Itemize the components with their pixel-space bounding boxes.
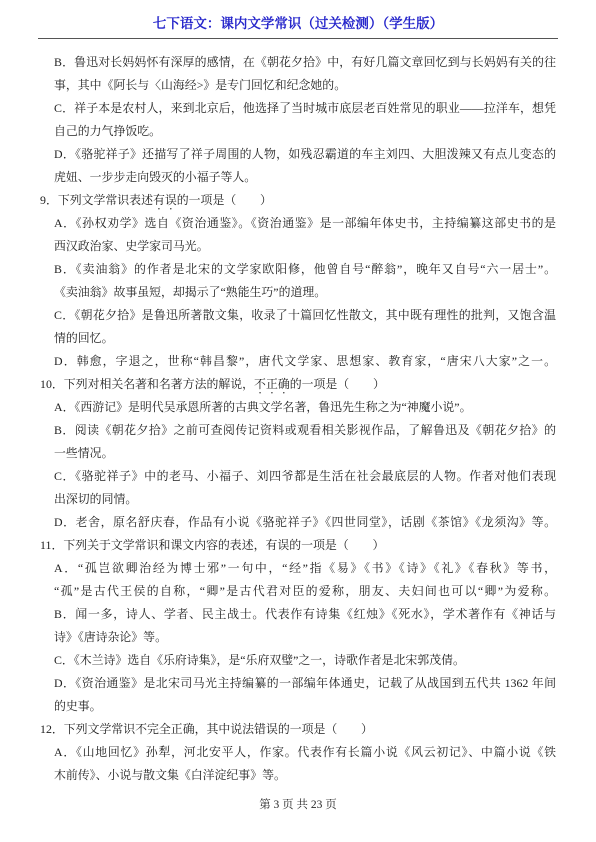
question-9-option-b-line-2: 《卖油翁》故事虽短，却揭示了“熟能生巧”的道理。 (40, 281, 556, 304)
question-10-stem: 10．下列对相关名著和名著方法的解说，不正确的一项是（ ） (40, 373, 556, 396)
question-9-stem-emphasis: 有误 (153, 193, 177, 207)
question-9-option-c-line-1: C．《朝花夕拾》是鲁迅所著散文集，收录了十篇回忆性散文，其中既有理性的批判，又饱… (40, 304, 556, 327)
question-11-option-d-line-2: 的史事。 (40, 695, 556, 718)
question-11-option-d-line-1: D．《资治通鉴》是北宋司马光主持编纂的一部编年体通史，记载了从战国到五代共 13… (40, 672, 556, 695)
carryover-option-d-line-2: 虎妞、一步步走向毁灭的小福子等人。 (40, 166, 556, 189)
question-11-option-b-line-1: B．闻一多，诗人、学者、民主战士。代表作有诗集《红烛》《死水》，学术著作有《神话… (40, 603, 556, 626)
carryover-option-b-line-2: 事，其中《阿长与〈山海经>》是专门回忆和纪念她的。 (40, 74, 556, 97)
question-10-stem-post: 的一项是（ ） (290, 377, 385, 391)
question-9-option-a-line-2: 西汉政治家、史学家司马光。 (40, 235, 556, 258)
question-11-option-c-line-1: C．《木兰诗》选自《乐府诗集》，是“乐府双璧”之一，诗歌作者是北宋郭茂倩。 (40, 649, 556, 672)
question-11-stem: 11．下列关于文学常识和课文内容的表述，有误的一项是（ ） (40, 534, 556, 557)
carryover-option-c-line-2: 自己的力气挣饭吃。 (40, 120, 556, 143)
carryover-option-b-line-1: B．鲁迅对长妈妈怀有深厚的感情，在《朝花夕拾》中，有好几篇文章回忆到与长妈妈有关… (40, 51, 556, 74)
carryover-option-d-line-1: D．《骆驼祥子》还描写了祥子周围的人物，如残忍霸道的车主刘四、大胆泼辣又有点儿变… (40, 143, 556, 166)
question-10-option-c-line-2: 出深切的同情。 (40, 488, 556, 511)
question-9-stem: 9．下列文学常识表述有误的一项是（ ） (40, 189, 556, 212)
question-12-stem-pre: 12．下列文学常识不完全正确，其中说法错误的一项是（ ） (40, 722, 373, 736)
question-12-stem: 12．下列文学常识不完全正确，其中说法错误的一项是（ ） (40, 718, 556, 741)
question-10-option-d-line-1: D．老舍，原名舒庆春，作品有小说《骆驼祥子》《四世同堂》，话剧《茶馆》《龙须沟》… (40, 511, 556, 534)
question-9-option-c-line-2: 情的回忆。 (40, 327, 556, 350)
question-9-stem-pre: 9．下列文学常识表述 (40, 193, 153, 207)
page-body: B．鲁迅对长妈妈怀有深厚的感情，在《朝花夕拾》中，有好几篇文章回忆到与长妈妈有关… (40, 51, 556, 787)
question-10-stem-pre: 10．下列对相关名著和名著方法的解说， (40, 377, 254, 391)
question-9-option-b-line-1: B．《卖油翁》的作者是北宋的文学家欧阳修，他曾自号“醉翁”，晚年又自号“六一居士… (40, 258, 556, 281)
question-10-option-c-line-1: C．《骆驼祥子》中的老马、小福子、刘四爷都是生活在社会最底层的人物。作者对他们表… (40, 465, 556, 488)
question-9-stem-post: 的一项是（ ） (177, 193, 272, 207)
question-11-option-b-line-2: 诗》《唐诗杂论》等。 (40, 626, 556, 649)
page-title: 七下语文：课内文学常识（过关检测）（学生版） (38, 15, 558, 33)
question-10-option-b-line-1: B．阅读《朝花夕拾》之前可查阅传记资料或观看相关影视作品，了解鲁迅及《朝花夕拾》… (40, 419, 556, 442)
question-9-option-d-line-1: D．韩愈，字退之，世称“韩昌黎”，唐代文学家、思想家、教育家，“唐宋八大家”之一… (40, 350, 556, 373)
question-11-option-a-line-2: “孤”是古代王侯的自称，“卿”是古代君对臣的爱称，朋友、夫妇间也可以“卿”为爱称… (40, 580, 556, 603)
carryover-option-c-line-1: C．祥子本是农村人，来到北京后，他选择了当时城市底层老百姓常见的职业——拉洋车，… (40, 97, 556, 120)
question-10-stem-emphasis: 不正确 (254, 377, 290, 391)
header-divider (38, 38, 558, 39)
question-10-option-b-line-2: 一些情况。 (40, 442, 556, 465)
document-page: 七下语文：课内文学常识（过关检测）（学生版） B．鲁迅对长妈妈怀有深厚的感情，在… (0, 0, 596, 842)
question-9-option-a-line-1: A．《孙权劝学》选自《资治通鉴》。《资治通鉴》是一部编年体史书，主持编纂这部史书… (40, 212, 556, 235)
question-12-option-a-line-2: 木前传》、小说与散文集《白洋淀纪事》等。 (40, 764, 556, 787)
question-11-option-a-line-1: A．“孤岂欲卿治经为博士邪”一句中，“经”指《易》《书》《诗》《礼》《春秋》等书… (40, 557, 556, 580)
question-12-option-a-line-1: A．《山地回忆》孙犁，河北安平人，作家。代表作有长篇小说《风云初记》、中篇小说《… (40, 741, 556, 764)
page-footer: 第 3 页 共 23 页 (0, 797, 596, 813)
question-10-option-a-line-1: A．《西游记》是明代吴承恩所著的古典文学名著，鲁迅先生称之为“神魔小说”。 (40, 396, 556, 419)
question-11-stem-pre: 11．下列关于文学常识和课文内容的表述，有误的一项是（ ） (40, 538, 384, 552)
